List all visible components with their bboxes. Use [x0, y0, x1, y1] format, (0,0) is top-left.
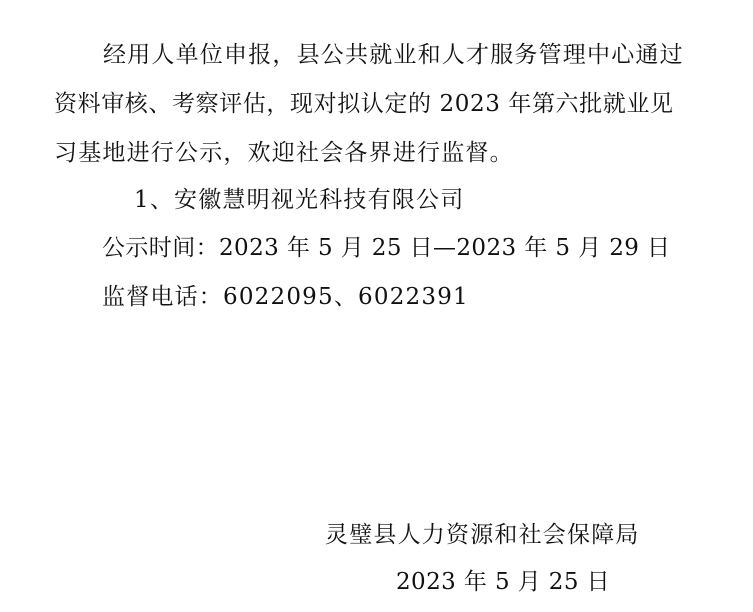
list-item-company: 1、安徽慧明视光科技有限公司	[134, 185, 464, 215]
intro-paragraph-line-3: 习基地进行公示，欢迎社会各界进行监督。	[54, 138, 514, 168]
signature-organization: 灵璧县人力资源和社会保障局	[325, 520, 640, 550]
publicity-period: 公示时间：2023 年 5 月 25 日—2023 年 5 月 29 日	[102, 233, 670, 263]
signature-date: 2023 年 5 月 25 日	[396, 567, 610, 597]
intro-paragraph-line-2: 资料审核、考察评估，现对拟认定的 2023 年第六批就业见	[54, 89, 674, 119]
intro-paragraph-line-1: 经用人单位申报，县公共就业和人才服务管理中心通过	[103, 40, 684, 70]
supervision-hotline: 监督电话：6022095、6022391	[102, 282, 469, 312]
